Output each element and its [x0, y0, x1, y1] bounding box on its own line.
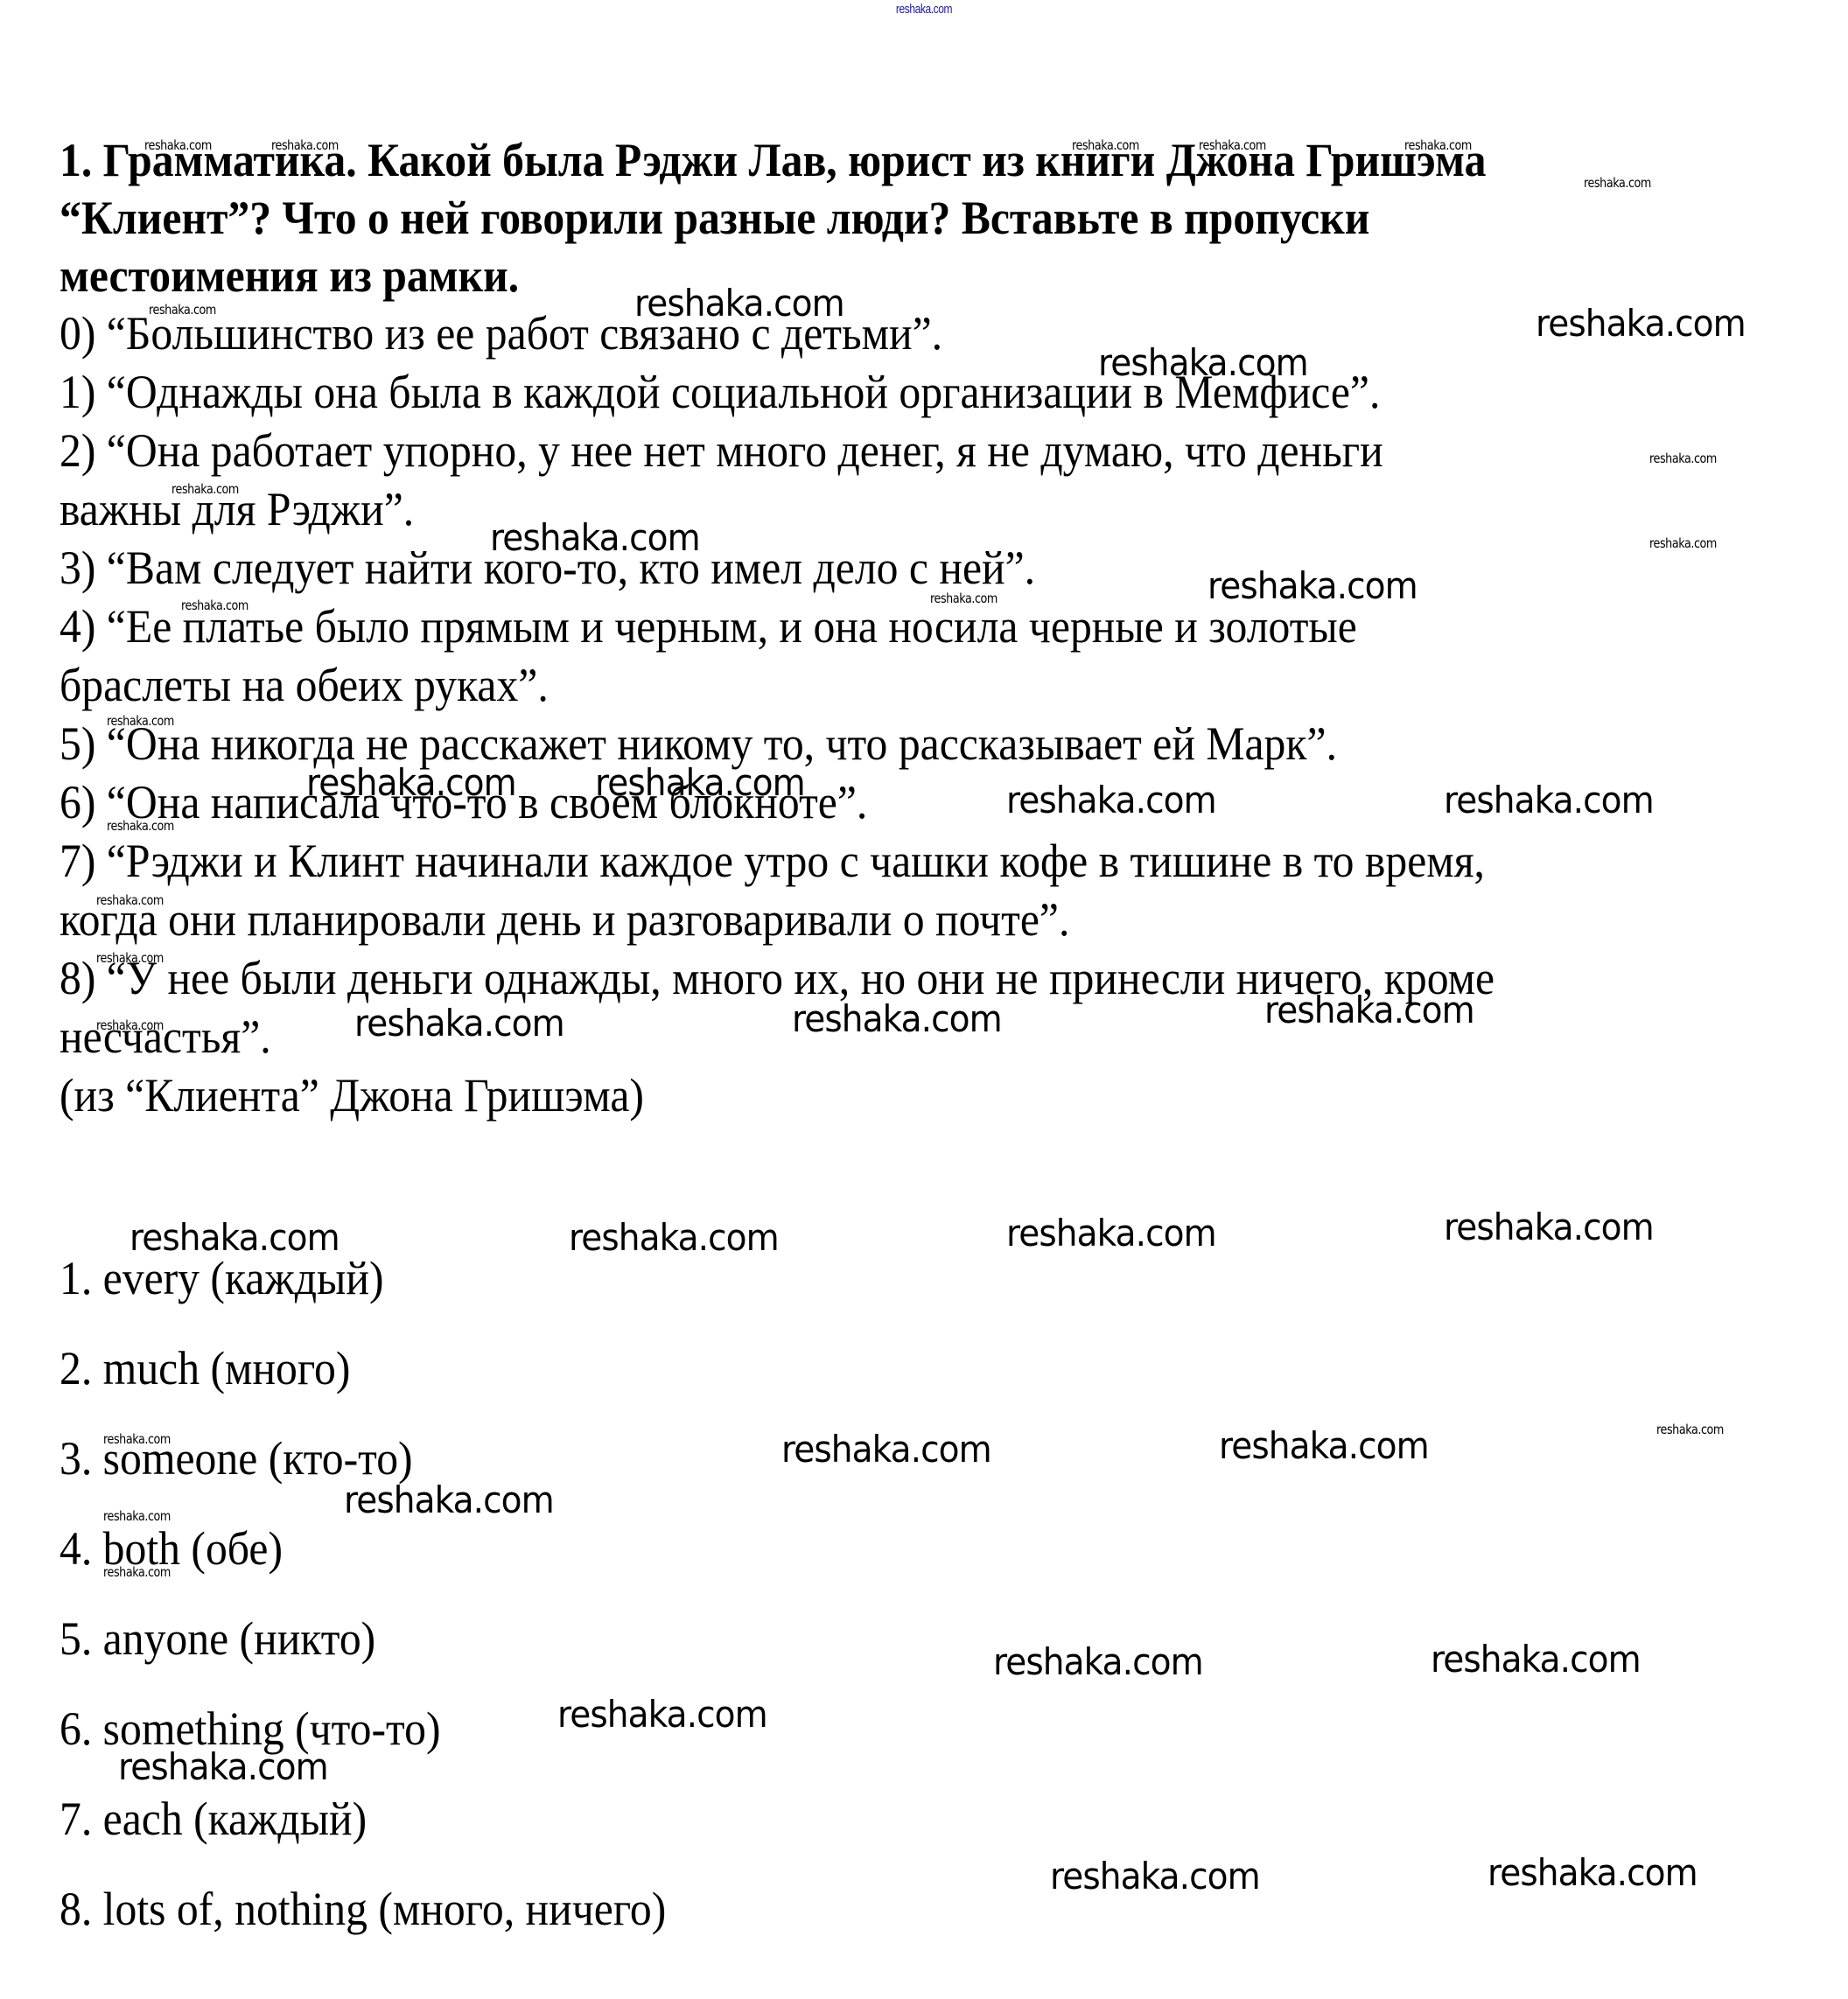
exercise-title: 1. Грамматика. Какой была Рэджи Лав, юри…: [59, 131, 1790, 304]
answer-item: 3. someone (кто-то): [59, 1429, 666, 1520]
answer-item: 7. each (каждый): [59, 1790, 666, 1880]
watermark-text: reshaka.com: [993, 1640, 1203, 1683]
watermark-text: reshaka.com: [1219, 1424, 1429, 1467]
title-line: 1. Грамматика. Какой была Рэджи Лав, юри…: [59, 131, 1790, 189]
sentence-line: несчастья”.: [59, 1008, 1790, 1066]
answer-item: 4. both (обе): [59, 1520, 666, 1610]
title-line: местоимения из рамки.: [59, 247, 1790, 304]
sentence-line: браслеты на обеих руках”.: [59, 656, 1790, 715]
exercise-document: 1. Грамматика. Какой была Рэджи Лав, юри…: [59, 131, 1792, 1125]
site-header-mark: reshaka.com: [185, 2, 1663, 17]
answer-list: 1. every (каждый) 2. much (много) 3. som…: [59, 1249, 666, 1970]
sentence-line: 4) “Ее платье было прямым и черным, и он…: [59, 598, 1790, 656]
sentence-line: 8) “У нее были деньги однажды, много их,…: [59, 949, 1790, 1008]
answer-item: 8. lots of, nothing (много, ничего): [59, 1880, 666, 1970]
watermark-text: reshaka.com: [1050, 1855, 1260, 1898]
sentence-line: 7) “Рэджи и Клинт начинали каждое утро с…: [59, 832, 1790, 891]
watermark-text: reshaka.com: [1656, 1422, 1724, 1437]
watermark-text: reshaka.com: [1487, 1851, 1697, 1894]
answer-item: 2. much (много): [59, 1339, 666, 1429]
sentence-line: 1) “Однажды она была в каждой социальной…: [59, 363, 1790, 422]
watermark-text: reshaka.com: [1431, 1638, 1641, 1681]
exercise-text: 0) “Большинство из ее работ связано с де…: [59, 304, 1790, 1125]
watermark-text: reshaka.com: [781, 1428, 991, 1471]
watermark-text: reshaka.com: [1006, 1212, 1216, 1255]
sentence-line: 5) “Она никогда не расскажет никому то, …: [59, 715, 1790, 773]
answer-item: 1. every (каждый): [59, 1249, 666, 1339]
source-citation: (из “Клиента” Джона Гришэма): [59, 1066, 1790, 1125]
answer-item: 5. anyone (никто): [59, 1610, 666, 1700]
answer-item: 6. something (что-то): [59, 1700, 666, 1790]
sentence-line: 2) “Она работает упорно, у нее нет много…: [59, 422, 1790, 480]
watermark-text: reshaka.com: [1444, 1206, 1654, 1248]
title-line: “Клиент”? Что о ней говорили разные люди…: [59, 189, 1790, 247]
sentence-line: важны для Рэджи”.: [59, 480, 1790, 539]
sentence-line: 6) “Она написала что-то в своем блокноте…: [59, 773, 1790, 832]
sentence-line: 0) “Большинство из ее работ связано с де…: [59, 304, 1790, 363]
sentence-line: когда они планировали день и разговарива…: [59, 891, 1790, 949]
sentence-line: 3) “Вам следует найти кого-то, кто имел …: [59, 539, 1790, 598]
